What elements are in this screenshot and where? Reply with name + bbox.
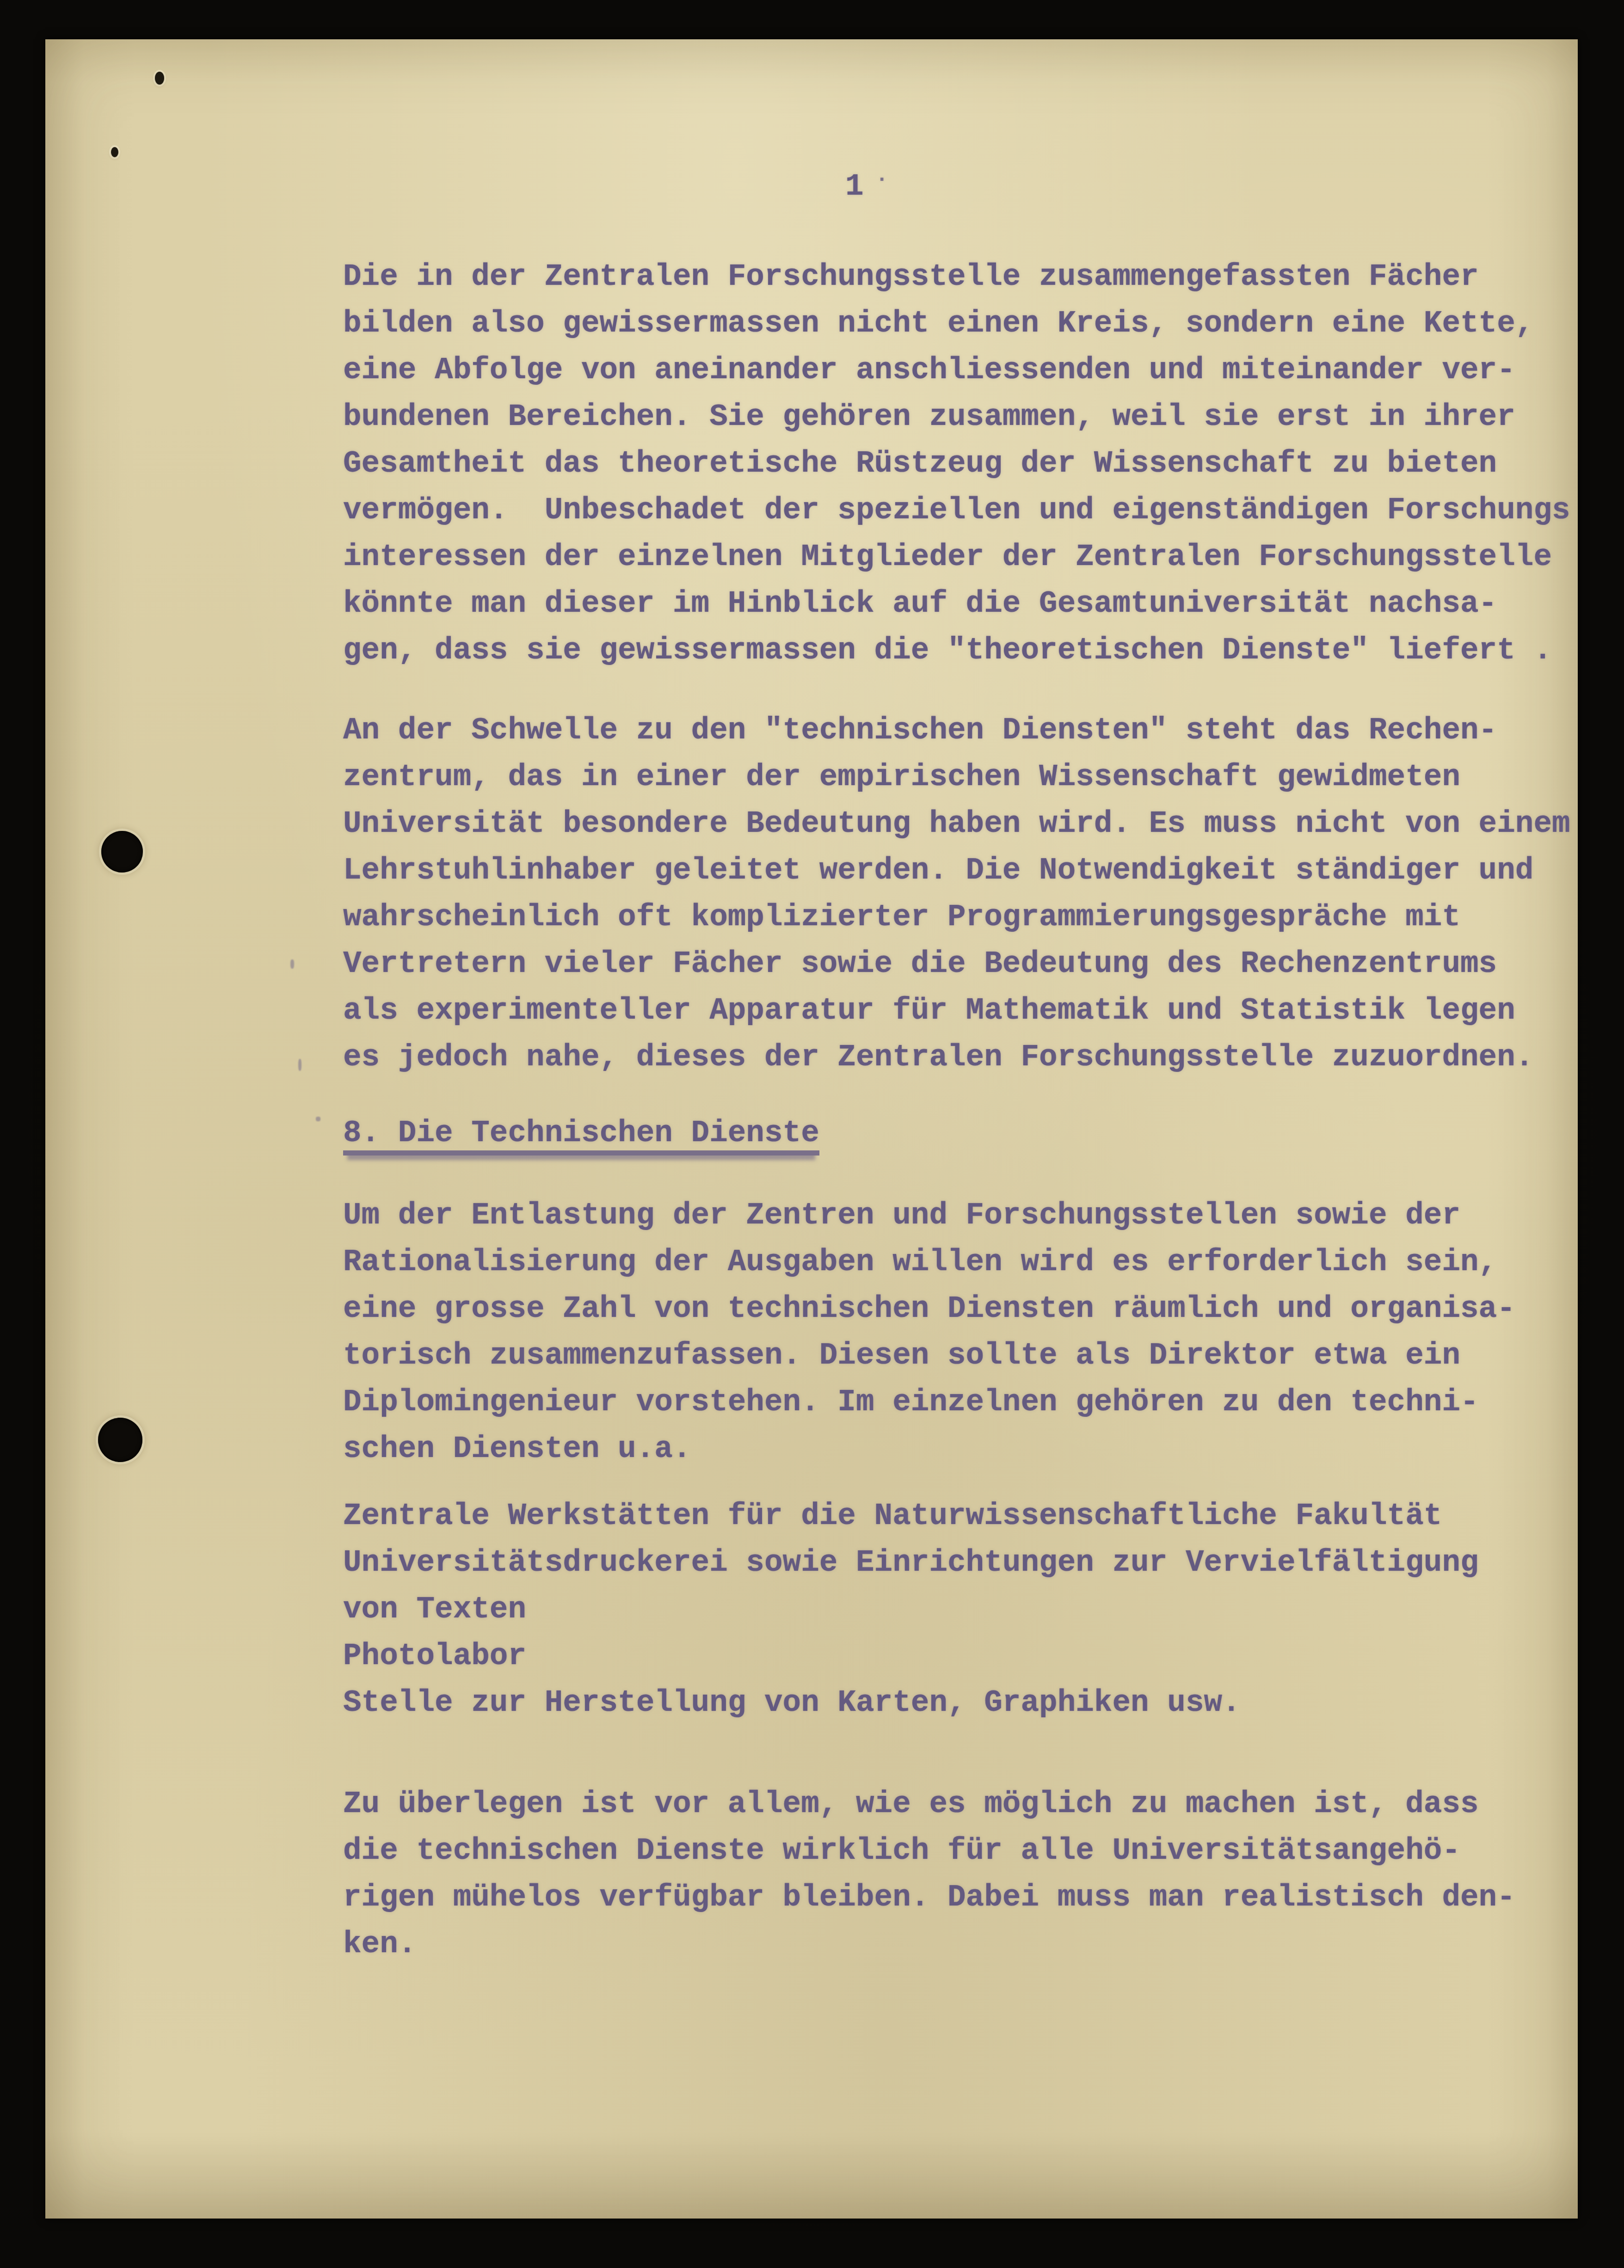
ink-speck-2	[298, 1059, 301, 1071]
paragraph-entlastung: Um der Entlastung der Zentren und Forsch…	[343, 1192, 1515, 1472]
technical-services-list: Zentrale Werkstätten für die Naturwissen…	[343, 1493, 1479, 1726]
document-page: 1 · Die in der Zentralen Forschungsstell…	[45, 39, 1578, 2219]
punch-hole-bottom	[98, 1418, 142, 1462]
page-number: 1	[845, 163, 864, 210]
ink-speck-1	[290, 959, 294, 969]
pinhole-top-left-1	[155, 72, 164, 85]
paragraph-ueberlegen: Zu überlegen ist vor allem, wie es mögli…	[343, 1781, 1515, 1967]
ink-speck-3	[316, 1117, 320, 1121]
punch-hole-top	[101, 831, 143, 873]
paragraph-rechenzentrum: An der Schwelle zu den "technischen Dien…	[343, 707, 1570, 1081]
ink-smudge-mark: ·	[876, 170, 888, 190]
section-heading-text: 8. Die Technischen Dienste	[343, 1116, 819, 1156]
section-heading: 8. Die Technischen Dienste	[343, 1110, 819, 1156]
pinhole-top-left-2	[111, 147, 118, 157]
paragraph-theoretische-dienste: Die in der Zentralen Forschungsstelle zu…	[343, 253, 1570, 674]
